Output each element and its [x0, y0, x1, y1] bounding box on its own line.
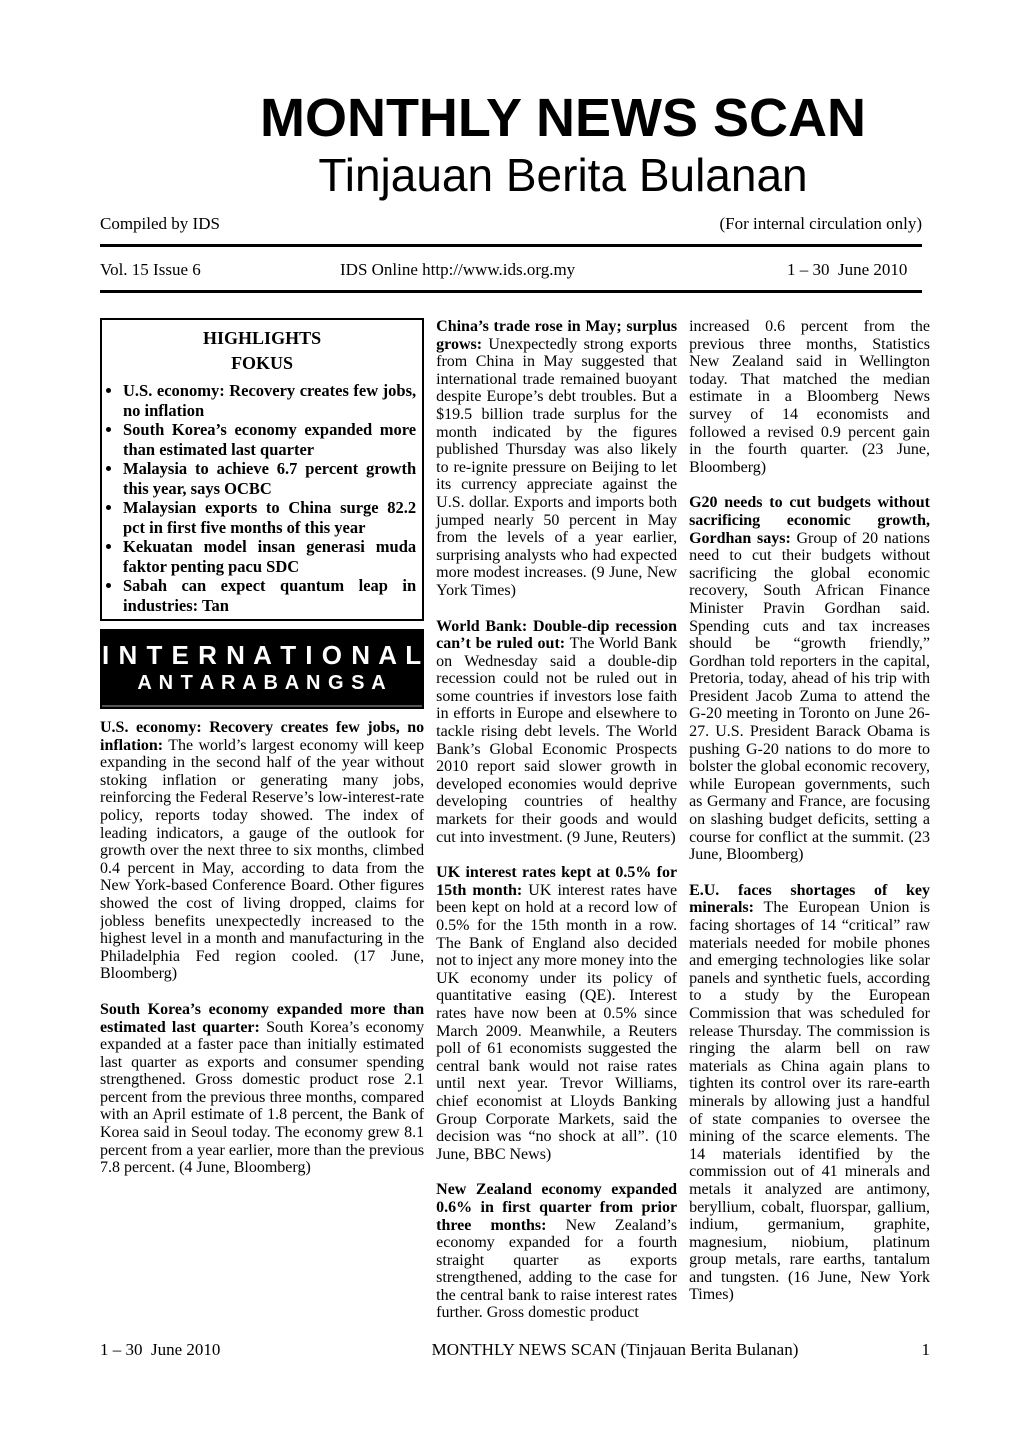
section-banner-international: I N T E R N A T I O N A L A N T A R A B … [100, 629, 424, 709]
highlight-item: Malaysia to achieve 6.7 percent growth t… [123, 459, 416, 498]
column-1: HIGHLIGHTS FOKUS U.S. economy: Recovery … [100, 318, 424, 1326]
volume-issue: Vol. 15 Issue 6 [100, 260, 340, 280]
highlights-list: U.S. economy: Recovery creates few jobs,… [108, 381, 416, 615]
circulation-note: (For internal circulation only) [719, 214, 922, 234]
content-columns: HIGHLIGHTS FOKUS U.S. economy: Recovery … [100, 318, 930, 1326]
highlight-item: Kekuatan model insan generasi muda fakto… [123, 537, 416, 576]
article-body: Unexpectedly strong exports from China i… [436, 336, 677, 599]
article-body: The world’s largest economy will keep ex… [100, 737, 424, 983]
column-3: increased 0.6 percent from the previous … [689, 318, 930, 1326]
banner-line-english: I N T E R N A T I O N A L [102, 640, 422, 671]
highlight-item: Sabah can expect quantum leap in industr… [123, 576, 416, 615]
article-body: The World Bank on Wednesday said a doubl… [436, 635, 677, 846]
page-footer: 1 – 30 June 2010 MONTHLY NEWS SCAN (Tinj… [100, 1340, 930, 1360]
highlight-item: Malaysian exports to China surge 82.2 pc… [123, 498, 416, 537]
highlights-box: HIGHLIGHTS FOKUS U.S. economy: Recovery … [100, 318, 424, 621]
highlight-item: South Korea’s economy expanded more than… [123, 420, 416, 459]
column-2: China’s trade rose in May; surplus grows… [436, 318, 677, 1326]
issue-date-range: 1 – 30 June 2010 [787, 260, 922, 280]
compiled-by: Compiled by IDS [100, 214, 220, 234]
article-eu-minerals: E.U. faces shortages of key minerals: Th… [689, 882, 930, 1304]
header-rule-top [100, 244, 922, 247]
article-g20-budgets: G20 needs to cut budgets without sacrifi… [689, 494, 930, 863]
highlight-item: U.S. economy: Recovery creates few jobs,… [123, 381, 416, 420]
byline-row: Compiled by IDS (For internal circulatio… [100, 214, 922, 234]
article-body: increased 0.6 percent from the previous … [689, 318, 930, 476]
article-body: UK interest rates have been kept on hold… [436, 882, 677, 1163]
article-china-trade: China’s trade rose in May; surplus grows… [436, 318, 677, 600]
issue-info-row: Vol. 15 Issue 6 IDS Online http://www.id… [100, 260, 922, 280]
article-body: The European Union is facing shortages o… [689, 899, 930, 1303]
highlights-title: HIGHLIGHTS [108, 326, 416, 351]
masthead: MONTHLY NEWS SCAN Tinjauan Berita Bulana… [148, 0, 978, 201]
article-us-economy: U.S. economy: Recovery creates few jobs,… [100, 719, 424, 983]
footer-page-number: 1 [890, 1340, 930, 1360]
website-url: IDS Online http://www.ids.org.my [340, 260, 787, 280]
header-rule-bottom [100, 290, 922, 293]
banner-line-malay: A N T A R A B A N G S A [102, 671, 422, 696]
article-south-korea: South Korea’s economy expanded more than… [100, 1001, 424, 1177]
footer-newsletter-name: MONTHLY NEWS SCAN (Tinjauan Berita Bulan… [340, 1340, 890, 1360]
page-title: MONTHLY NEWS SCAN [148, 90, 978, 147]
article-body: South Korea’s economy expanded at a fast… [100, 1019, 424, 1177]
page-header: MONTHLY NEWS SCAN Tinjauan Berita Bulana… [100, 0, 930, 293]
newsletter-page: MONTHLY NEWS SCAN Tinjauan Berita Bulana… [0, 0, 1020, 1441]
article-body: Group of 20 nations need to cut their bu… [689, 530, 930, 864]
article-new-zealand: New Zealand economy expanded 0.6% in fir… [436, 1181, 677, 1322]
article-uk-rates: UK interest rates kept at 0.5% for 15th … [436, 864, 677, 1163]
article-new-zealand-continued: increased 0.6 percent from the previous … [689, 318, 930, 476]
highlights-subtitle: FOKUS [108, 351, 416, 376]
article-world-bank: World Bank: Double-dip recession can’t b… [436, 618, 677, 847]
page-subtitle: Tinjauan Berita Bulanan [148, 150, 978, 202]
footer-date-range: 1 – 30 June 2010 [100, 1340, 340, 1360]
